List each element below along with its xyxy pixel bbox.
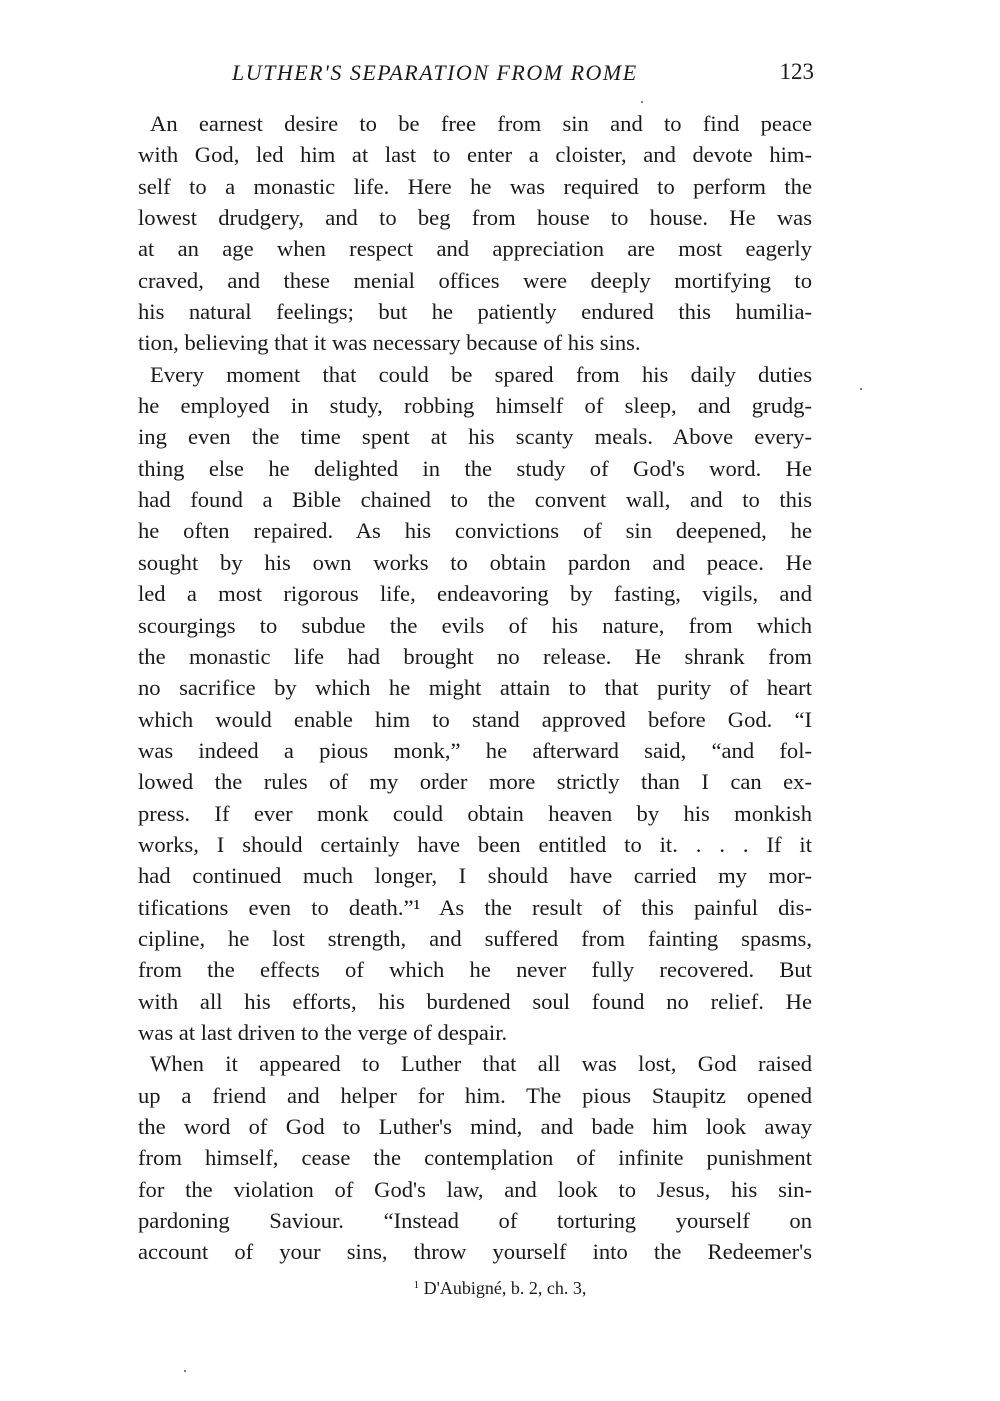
chapter-title: LUTHER'S SEPARATION FROM ROME [232,60,638,86]
text-line: at an age when respect and appreciation … [138,233,812,264]
footnote: 1 D'Aubigné, b. 2, ch. 3, [0,1278,1000,1299]
text-line: his natural feelings; but he patiently e… [138,296,812,327]
text-line: tifications even to death.”¹ As the resu… [138,892,812,923]
text-line: tion, believing that it was necessary be… [138,327,812,358]
book-page: LUTHER'S SEPARATION FROM ROME 123 An ear… [0,0,1000,1401]
text-line: When it appeared to Luther that all was … [138,1048,812,1079]
paragraph-1: An earnest desire to be free from sin an… [138,108,812,359]
body-text: An earnest desire to be free from sin an… [138,108,812,1268]
text-line: for the violation of God's law, and look… [138,1174,812,1205]
page-number: 123 [780,59,815,85]
text-line: he often repaired. As his convictions of… [138,515,812,546]
text-line: lowest drudgery, and to beg from house t… [138,202,812,233]
text-line: from the effects of which he never fully… [138,954,812,985]
text-line: led a most rigorous life, endeavoring by… [138,578,812,609]
text-line: lowed the rules of my order more strictl… [138,766,812,797]
text-line: with God, led him at last to enter a clo… [138,139,812,170]
text-line: cipline, he lost strength, and suffered … [138,923,812,954]
text-line: pardoning Saviour. “Instead of torturing… [138,1205,812,1236]
text-line: Every moment that could be spared from h… [138,359,812,390]
text-line: no sacrifice by which he might attain to… [138,672,812,703]
paragraph-3: When it appeared to Luther that all was … [138,1048,812,1267]
footnote-marker: 1 [414,1279,420,1291]
text-line: self to a monastic life. Here he was req… [138,171,812,202]
scan-speck [641,101,643,103]
text-line: was at last driven to the verge of despa… [138,1017,812,1048]
text-line: ing even the time spent at his scanty me… [138,421,812,452]
text-line: sought by his own works to obtain pardon… [138,547,812,578]
footnote-text: D'Aubigné, b. 2, ch. 3, [424,1278,587,1298]
text-line: the word of God to Luther's mind, and ba… [138,1111,812,1142]
scan-speck [140,305,142,307]
text-line: had found a Bible chained to the convent… [138,484,812,515]
text-line: press. If ever monk could obtain heaven … [138,798,812,829]
text-line: An earnest desire to be free from sin an… [138,108,812,139]
text-line: account of your sins, throw yourself int… [138,1236,812,1267]
text-line: scourgings to subdue the evils of his na… [138,610,812,641]
text-line: the monastic life had brought no release… [138,641,812,672]
text-line: he employed in study, robbing himself of… [138,390,812,421]
scan-speck [860,388,862,390]
text-line: works, I should certainly have been enti… [138,829,812,860]
text-line: was indeed a pious monk,” he afterward s… [138,735,812,766]
text-line: with all his efforts, his burdened soul … [138,986,812,1017]
paragraph-2: Every moment that could be spared from h… [138,359,812,1049]
text-line: thing else he delighted in the study of … [138,453,812,484]
running-head: LUTHER'S SEPARATION FROM ROME 123 [140,56,820,90]
text-line: which would enable him to stand approved… [138,704,812,735]
text-line: up a friend and helper for him. The piou… [138,1080,812,1111]
text-line: craved, and these menial offices were de… [138,265,812,296]
text-line: from himself, cease the contemplation of… [138,1142,812,1173]
text-line: had continued much longer, I should have… [138,860,812,891]
scan-speck [184,1370,186,1372]
